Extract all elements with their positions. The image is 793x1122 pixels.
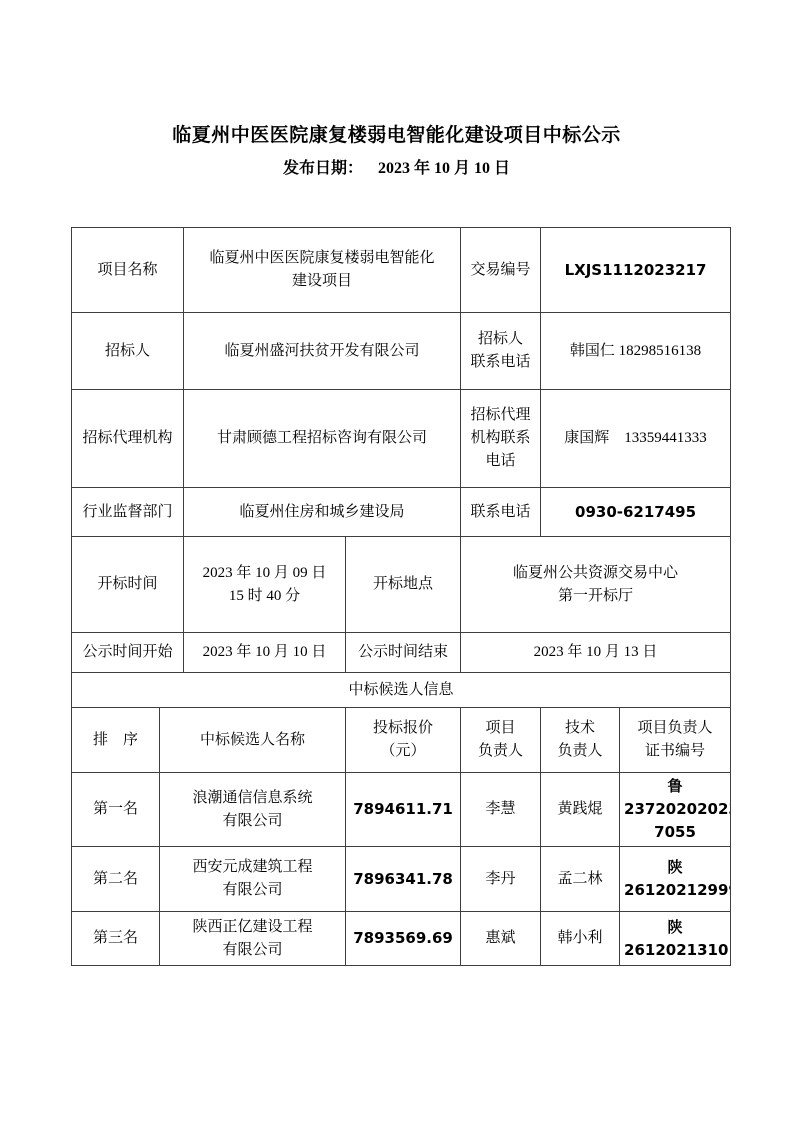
publish-date-value: 2023 年 10 月 10 日 — [378, 160, 510, 177]
table-row: 招标人 临夏州盛河扶贫开发有限公司 招标人 联系电话 韩国仁 182985161… — [72, 313, 731, 390]
agency-phone-value-cell: 康国辉 13359441333 — [541, 390, 731, 488]
table-row: 公示时间开始 2023 年 10 月 10 日 公示时间结束 2023 年 10… — [72, 633, 731, 673]
candidates-section-header: 中标候选人信息 — [72, 673, 731, 708]
cert-no-cell: 陕 261202129998 — [620, 847, 731, 912]
rank-cell: 第三名 — [72, 912, 160, 966]
bid-price-cell: 7894611.71 — [346, 773, 461, 847]
bid-price-header-cell: 投标报价 （元） — [346, 708, 461, 773]
document-page: 临夏州中医医院康复楼弱电智能化建设项目中标公示 发布日期：2023 年 10 月… — [0, 0, 793, 1122]
candidate-name-header-cell: 中标候选人名称 — [160, 708, 346, 773]
table-row: 项目名称 临夏州中医医院康复楼弱电智能化 建设项目 交易编号 LXJS11120… — [72, 228, 731, 313]
candidate-name-cell: 陕西正亿建设工程 有限公司 — [160, 912, 346, 966]
rank-cell: 第二名 — [72, 847, 160, 912]
cert-no-cell: 鲁 237202020238 7055 — [620, 773, 731, 847]
candidate-row: 第二名 西安元成建筑工程 有限公司 7896341.78 李丹 孟二林 陕 26… — [72, 847, 731, 912]
tech-manager-cell: 韩小利 — [541, 912, 620, 966]
rank-cell: 第一名 — [72, 773, 160, 847]
table-row: 招标代理机构 甘肃顾德工程招标咨询有限公司 招标代理 机构联系 电话 康国辉 1… — [72, 390, 731, 488]
agency-value-cell: 甘肃顾德工程招标咨询有限公司 — [184, 390, 461, 488]
table-row: 行业监督部门 临夏州住房和城乡建设局 联系电话 0930-6217495 — [72, 488, 731, 537]
supervisor-phone-label-cell: 联系电话 — [461, 488, 541, 537]
table-row: 开标时间 2023 年 10 月 09 日 15 时 40 分 开标地点 临夏州… — [72, 537, 731, 633]
publicity-start-value-cell: 2023 年 10 月 10 日 — [184, 633, 346, 673]
project-manager-cell: 李慧 — [461, 773, 541, 847]
project-name-value-cell: 临夏州中医医院康复楼弱电智能化 建设项目 — [184, 228, 461, 313]
publicity-start-label-cell: 公示时间开始 — [72, 633, 184, 673]
transaction-no-value-cell: LXJS1112023217 — [541, 228, 731, 313]
project-manager-cell: 惠斌 — [461, 912, 541, 966]
candidate-row: 第三名 陕西正亿建设工程 有限公司 7893569.69 惠斌 韩小利 陕 26… — [72, 912, 731, 966]
bid-price-cell: 7896341.78 — [346, 847, 461, 912]
bid-opening-place-value-cell: 临夏州公共资源交易中心 第一开标厅 — [461, 537, 731, 633]
page-title: 临夏州中医医院康复楼弱电智能化建设项目中标公示 — [0, 124, 793, 148]
project-manager-cell: 李丹 — [461, 847, 541, 912]
table-header-row: 排 序 中标候选人名称 投标报价 （元） 项目 负责人 技术 负责人 项目负责人… — [72, 708, 731, 773]
bid-opening-place-label-cell: 开标地点 — [346, 537, 461, 633]
cert-no-header-cell: 项目负责人 证书编号 — [620, 708, 731, 773]
tenderee-value-cell: 临夏州盛河扶贫开发有限公司 — [184, 313, 461, 390]
supervisor-phone-value-cell: 0930-6217495 — [541, 488, 731, 537]
candidate-name-cell: 西安元成建筑工程 有限公司 — [160, 847, 346, 912]
candidate-row: 第一名 浪潮通信信息系统 有限公司 7894611.71 李慧 黄践焜 鲁 23… — [72, 773, 731, 847]
bid-announcement-table: 项目名称 临夏州中医医院康复楼弱电智能化 建设项目 交易编号 LXJS11120… — [71, 227, 731, 966]
transaction-no-label-cell: 交易编号 — [461, 228, 541, 313]
cert-no-cell: 陕 261202131016 — [620, 912, 731, 966]
tenderee-phone-value-cell: 韩国仁 18298516138 — [541, 313, 731, 390]
publicity-end-value-cell: 2023 年 10 月 13 日 — [461, 633, 731, 673]
supervisor-value-cell: 临夏州住房和城乡建设局 — [184, 488, 461, 537]
tenderee-phone-label-cell: 招标人 联系电话 — [461, 313, 541, 390]
bid-opening-time-label-cell: 开标时间 — [72, 537, 184, 633]
project-name-label-cell: 项目名称 — [72, 228, 184, 313]
tech-manager-header-cell: 技术 负责人 — [541, 708, 620, 773]
tenderee-label-cell: 招标人 — [72, 313, 184, 390]
rank-header-cell: 排 序 — [72, 708, 160, 773]
agency-phone-label-cell: 招标代理 机构联系 电话 — [461, 390, 541, 488]
publish-date-line: 发布日期：2023 年 10 月 10 日 — [0, 158, 793, 180]
bid-price-cell: 7893569.69 — [346, 912, 461, 966]
publicity-end-label-cell: 公示时间结束 — [346, 633, 461, 673]
publish-date-label: 发布日期： — [283, 160, 363, 177]
agency-label-cell: 招标代理机构 — [72, 390, 184, 488]
tech-manager-cell: 黄践焜 — [541, 773, 620, 847]
project-manager-header-cell: 项目 负责人 — [461, 708, 541, 773]
tech-manager-cell: 孟二林 — [541, 847, 620, 912]
bid-opening-time-value-cell: 2023 年 10 月 09 日 15 时 40 分 — [184, 537, 346, 633]
supervisor-label-cell: 行业监督部门 — [72, 488, 184, 537]
table-row: 中标候选人信息 — [72, 673, 731, 708]
candidate-name-cell: 浪潮通信信息系统 有限公司 — [160, 773, 346, 847]
